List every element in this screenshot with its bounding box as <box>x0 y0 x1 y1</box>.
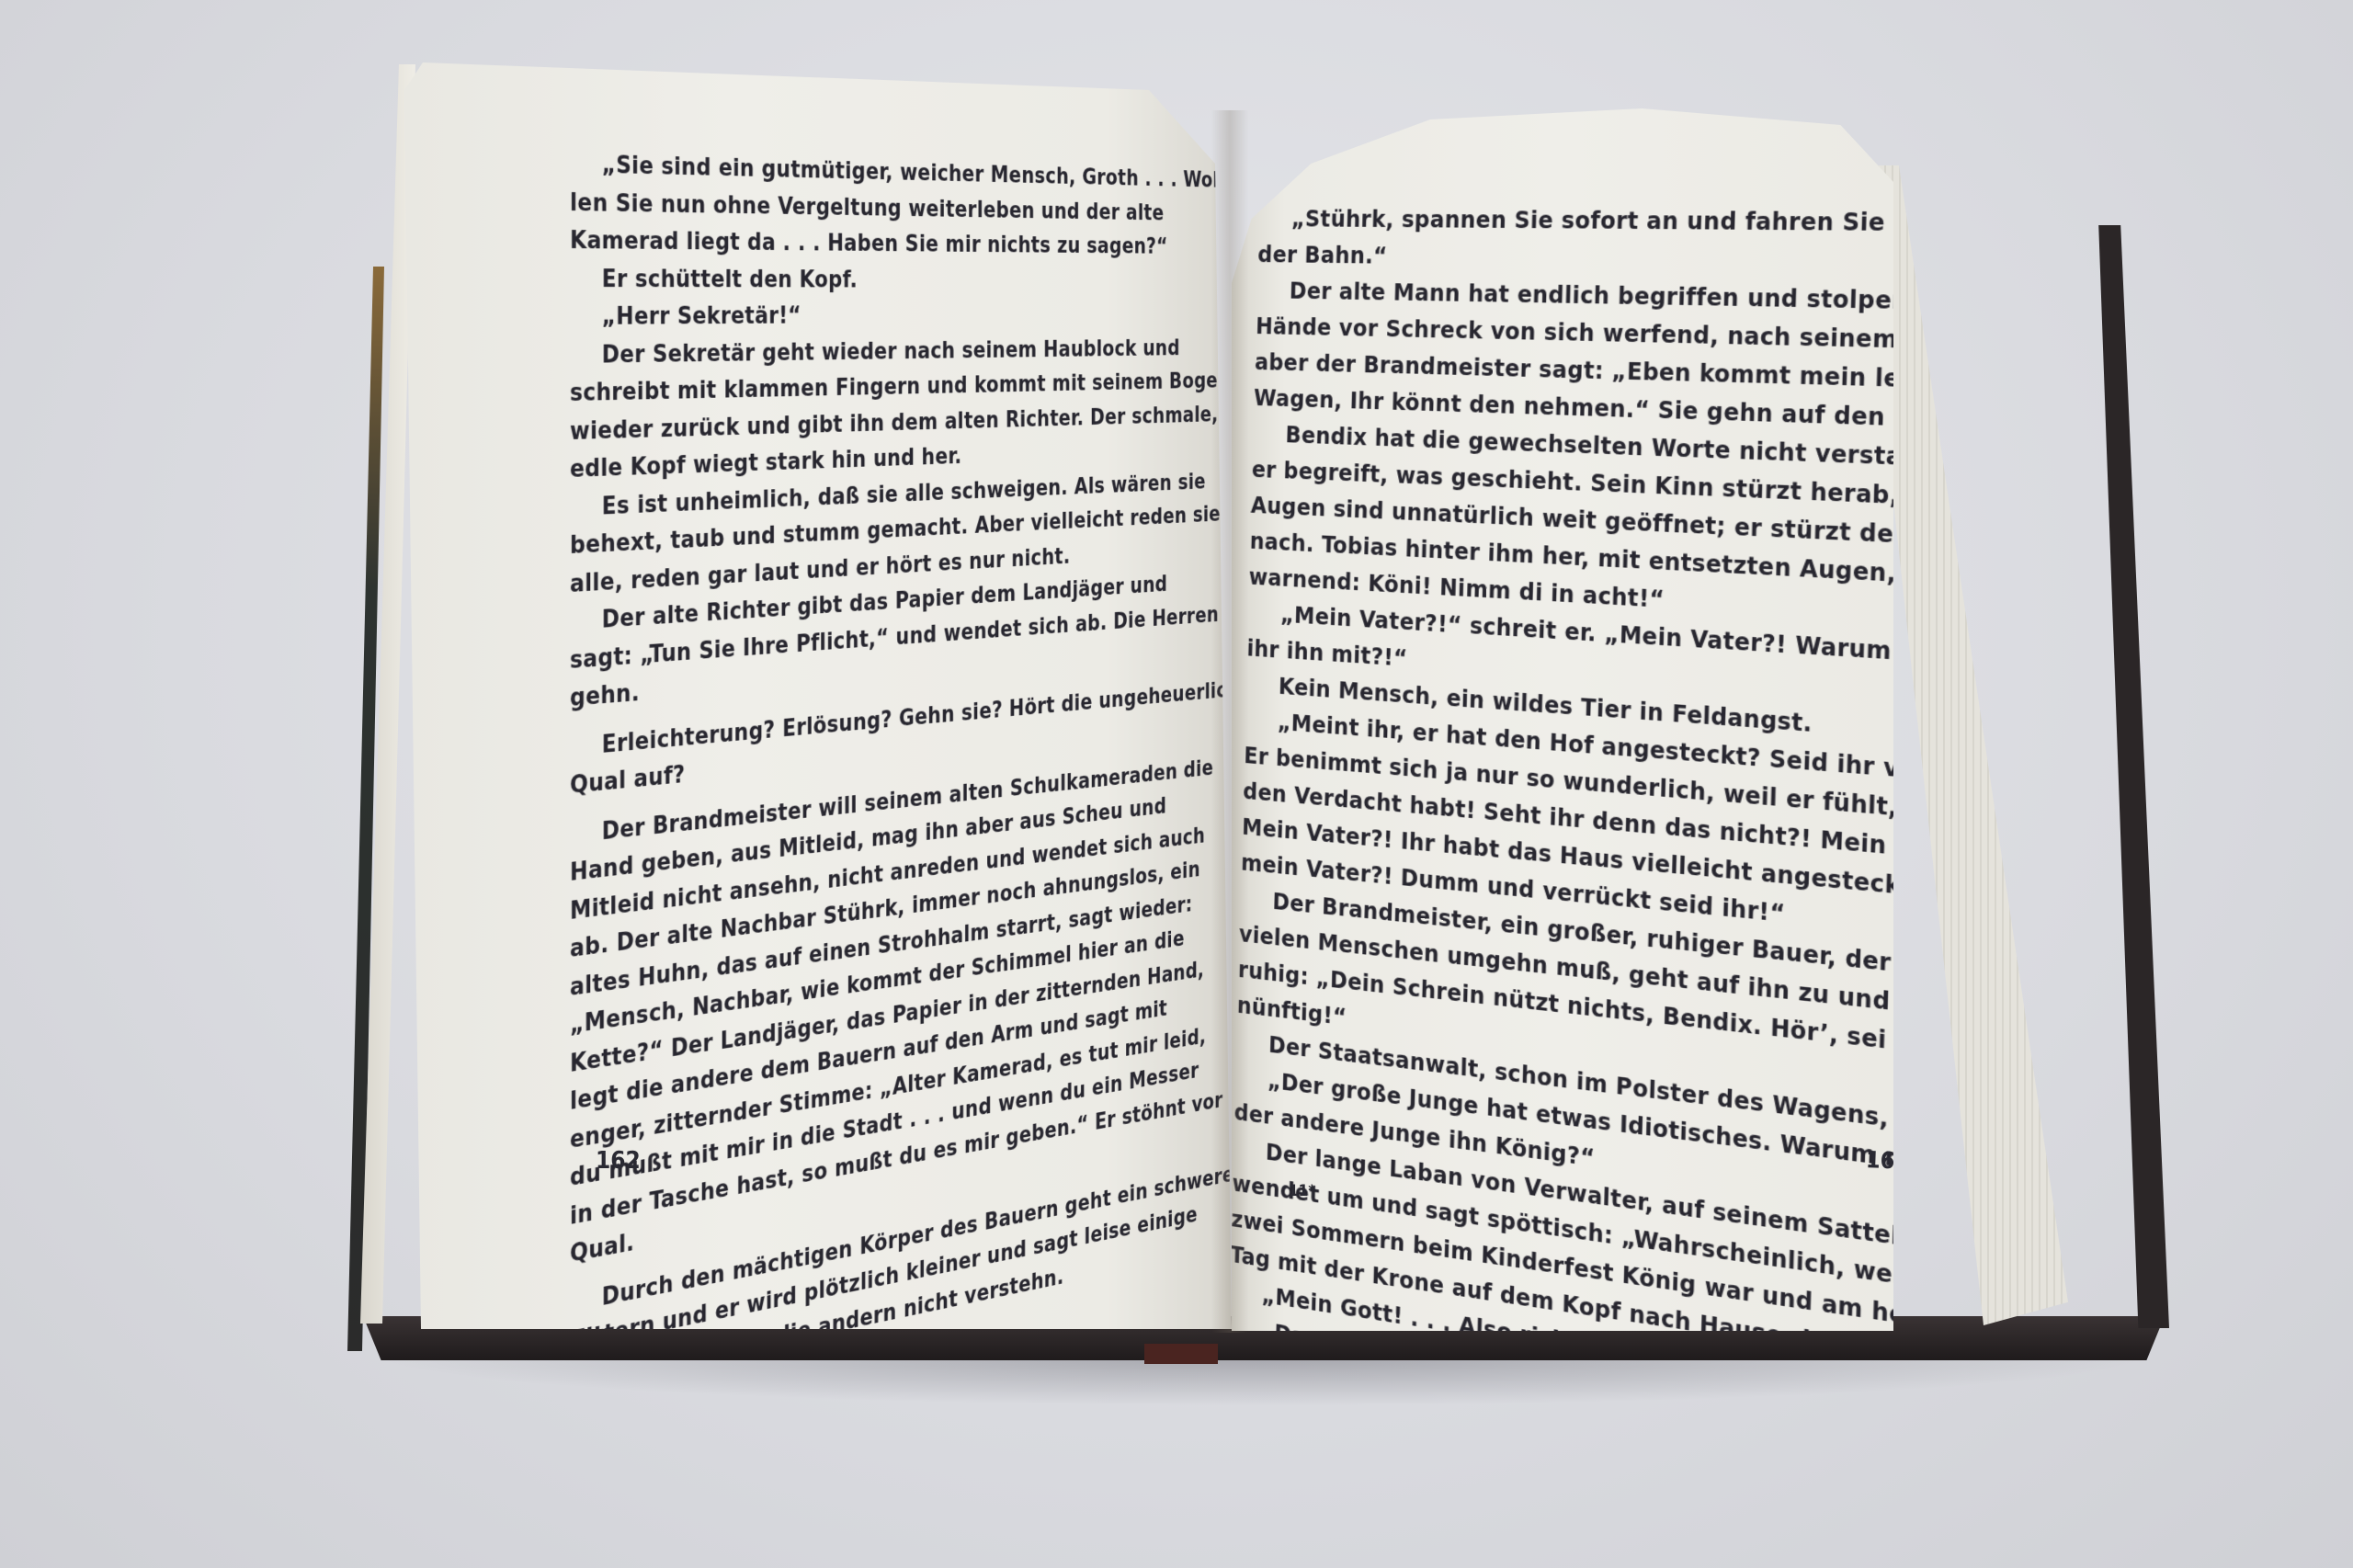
page-number: 162 <box>596 1147 641 1175</box>
left-page: „Sie sind ein gutmütiger, weicher Mensch… <box>404 53 1232 1329</box>
text-line: Er schüttelt den Kopf. <box>570 260 1250 299</box>
left-page-text: „Sie sind ein gutmütiger, weicher Mensch… <box>570 145 1250 1399</box>
book-photo: „Sie sind ein gutmütiger, weicher Mensch… <box>0 0 2353 1568</box>
spine-binding <box>1144 1344 1218 1364</box>
book-gutter <box>1211 110 1248 1333</box>
right-page: „Stührk, spannen Sie sofort an und fahre… <box>1232 108 1893 1331</box>
text-line: „Herr Sekretär!“ <box>570 297 1250 335</box>
page-number: 163 <box>1866 1146 1910 1175</box>
signature-mark: 11* <box>1289 1182 1315 1200</box>
